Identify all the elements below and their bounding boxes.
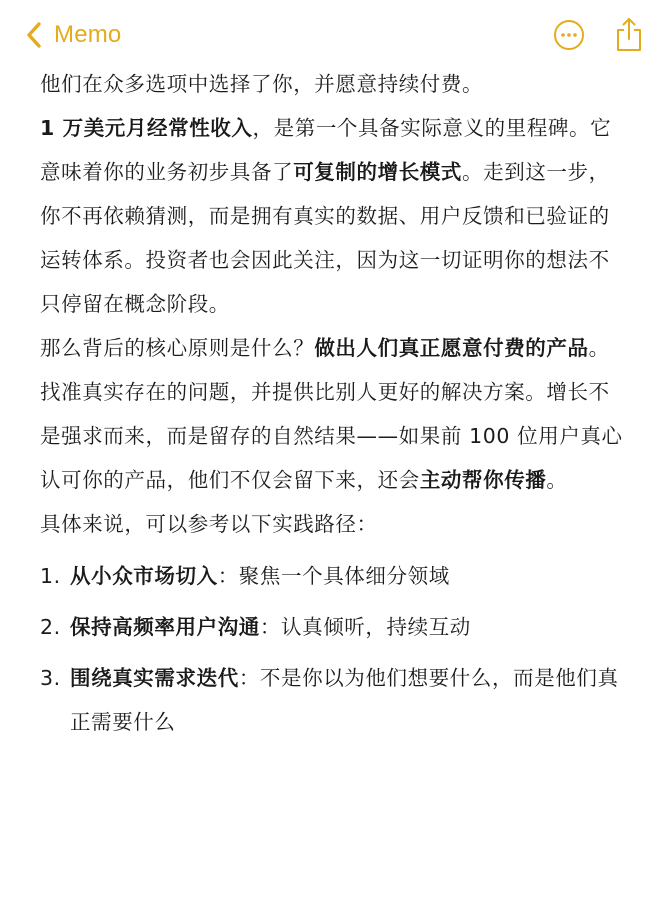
- paragraph-principle: 那么背后的核心原则是什么？做出人们真正愿意付费的产品。找准真实存在的问题，并提供…: [40, 326, 630, 502]
- share-icon[interactable]: [615, 16, 643, 52]
- paragraph-text: 具体来说，可以参考以下实践路径：: [40, 512, 378, 536]
- chevron-left-icon: [24, 21, 44, 49]
- list-item: 3. 围绕真实需求迭代：不是你以为他们想要什么，而是他们真正需要什么: [40, 656, 630, 744]
- list-item: 1. 从小众市场切入：聚焦一个具体细分领域: [40, 554, 630, 598]
- highlight-spread: 主动帮你传播: [420, 468, 547, 492]
- more-circle-icon[interactable]: [553, 19, 585, 51]
- list-number: 3.: [40, 656, 70, 744]
- highlight-mrr: 1 万美元月经常性收入: [40, 116, 253, 140]
- practice-list: 1. 从小众市场切入：聚焦一个具体细分领域 2. 保持高频率用户沟通：认真倾听，…: [40, 554, 630, 744]
- paragraph-text: 那么背后的核心原则是什么？: [40, 336, 314, 360]
- list-item-title: 保持高频率用户沟通: [70, 615, 260, 639]
- list-item: 2. 保持高频率用户沟通：认真倾听，持续互动: [40, 605, 630, 649]
- back-label: Memo: [54, 21, 121, 49]
- paragraph-text: 他们在众多选项中选择了你，并愿意持续付费。: [40, 72, 483, 96]
- list-number: 2.: [40, 605, 70, 649]
- list-item-text: ：聚焦一个具体细分领域: [218, 564, 450, 588]
- paragraph-mrr: 1 万美元月经常性收入，是第一个具备实际意义的里程碑。它意味着你的业务初步具备了…: [40, 106, 630, 326]
- highlight-product: 做出人们真正愿意付费的产品: [314, 336, 588, 360]
- highlight-growth-model: 可复制的增长模式: [293, 160, 462, 184]
- paragraph-list-intro: 具体来说，可以参考以下实践路径：: [40, 502, 630, 546]
- paragraph-text: 。: [546, 468, 567, 492]
- back-button[interactable]: Memo: [24, 18, 121, 52]
- list-item-text: ：认真倾听，持续互动: [260, 615, 471, 639]
- list-item-title: 围绕真实需求迭代: [70, 666, 239, 690]
- paragraph-intro: 他们在众多选项中选择了你，并愿意持续付费。: [40, 62, 630, 106]
- list-item-title: 从小众市场切入: [70, 564, 218, 588]
- memo-body[interactable]: 他们在众多选项中选择了你，并愿意持续付费。 1 万美元月经常性收入，是第一个具备…: [40, 62, 630, 751]
- navigation-bar: Memo: [0, 0, 667, 66]
- list-number: 1.: [40, 554, 70, 598]
